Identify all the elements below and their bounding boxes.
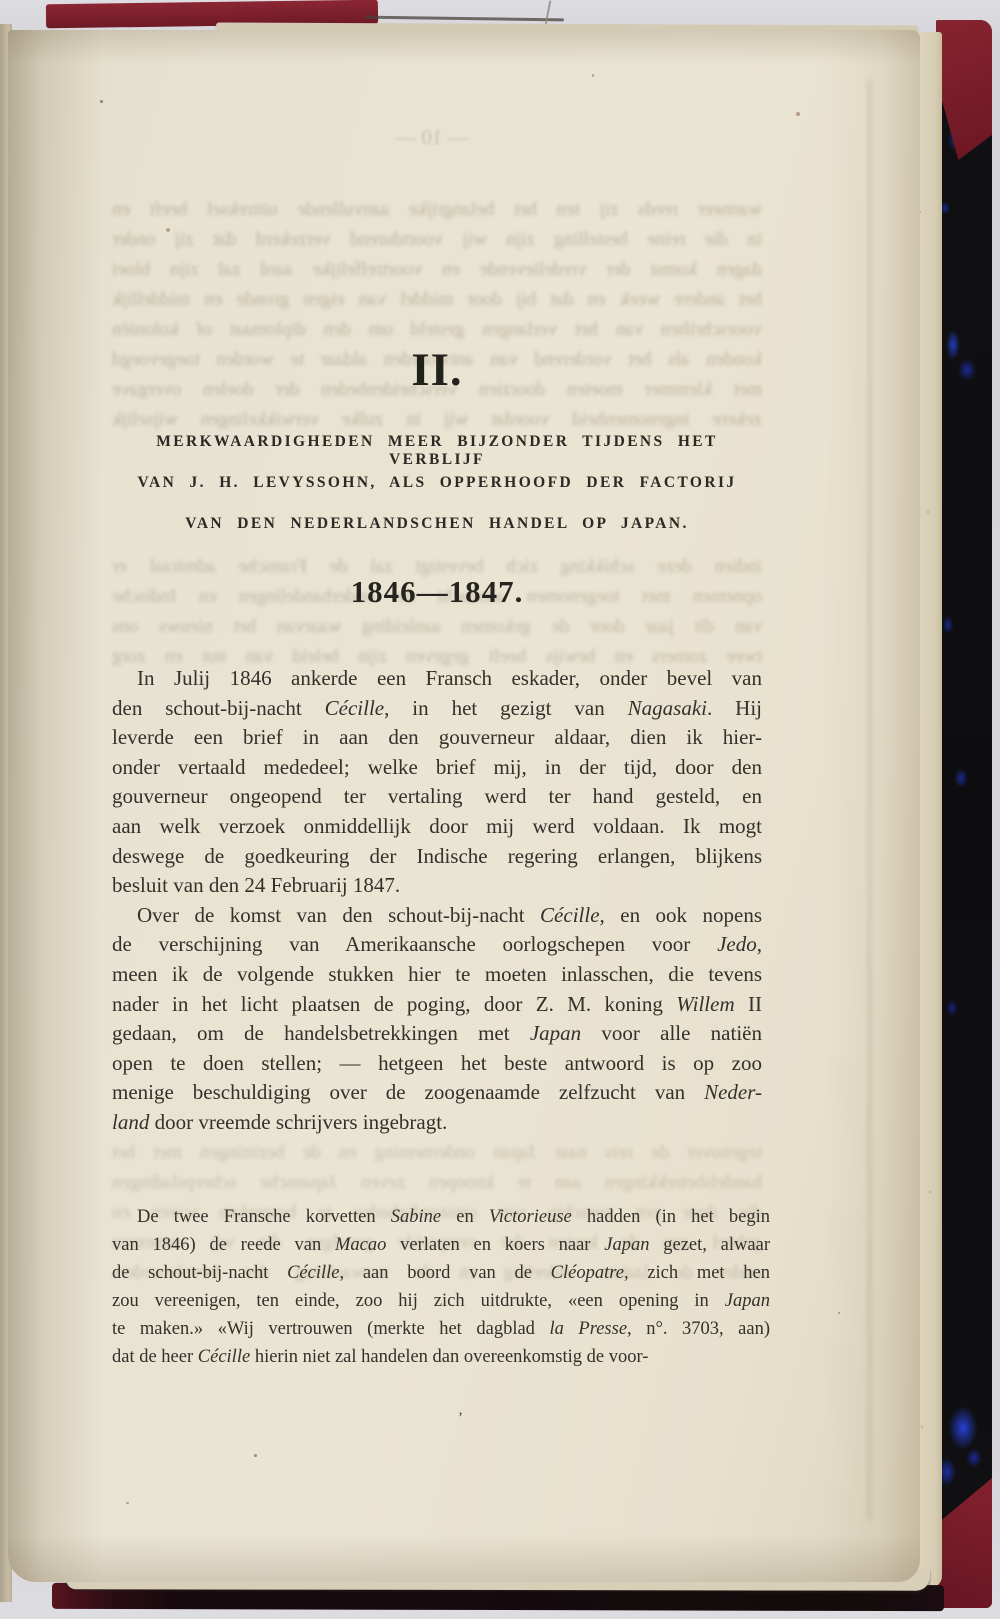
showthrough-line: het andere week en dat bij door middel v… bbox=[112, 285, 762, 315]
red-leather-corner-bottom bbox=[936, 1478, 992, 1608]
text-line: De twee Fransche korvetten Sabine en Vic… bbox=[112, 1203, 770, 1231]
text-line: deswege de goedkeuring der Indische rege… bbox=[112, 842, 762, 872]
text-line: de schout-bij-nacht Cécille, aan boord v… bbox=[112, 1259, 770, 1287]
showthrough-block: wanneer reeds zij ten het belangrijke aa… bbox=[112, 195, 762, 435]
showthrough-block: indien deze schikking zich bevestigt zal… bbox=[112, 552, 762, 672]
foxing-speck bbox=[126, 1502, 129, 1504]
showthrough-line: in die reine bestelling zijn wij voortdu… bbox=[112, 225, 762, 255]
showthrough-line: van dit jaar door de gekomen aanleiding … bbox=[112, 612, 762, 642]
marbled-cover-board bbox=[936, 20, 992, 1608]
text-line: gedaan, om de handelsbetrekkingen met Ja… bbox=[112, 1019, 762, 1049]
text-line: besluit van den 24 Februarij 1847. bbox=[112, 871, 762, 901]
chapter-heading-line: VAN DEN NEDERLANDSCHEN HANDEL OP JAPAN. bbox=[104, 515, 770, 533]
date-range-heading: 1846—1847. bbox=[112, 572, 762, 612]
page-crease bbox=[868, 80, 871, 1520]
text-line: dat de heer Cécille hierin niet zal hand… bbox=[112, 1343, 770, 1371]
binding-thread bbox=[366, 16, 564, 21]
text-line: land door vreemde schrijvers ingebragt. bbox=[112, 1108, 762, 1138]
text-line: onder vertaald mededeel; welke brief mij… bbox=[112, 753, 762, 783]
body-text: In Julij 1846 ankerde een Fransch eskade… bbox=[112, 664, 762, 1371]
text-line: nader in het licht plaatsen de poging, d… bbox=[112, 990, 762, 1020]
text-line: aan welk verzoek onmiddellijk door mij w… bbox=[112, 812, 762, 842]
text-line: In Julij 1846 ankerde een Fransch eskade… bbox=[112, 664, 762, 694]
text-line: te maken.» «Wij vertrouwen (merkte het d… bbox=[112, 1315, 770, 1343]
text-line: leverde een brief in aan den gouverneur … bbox=[112, 723, 762, 753]
showthrough-line: wanneer reeds zij ten het belangrijke aa… bbox=[112, 195, 762, 225]
showthrough-line: voorschriften van het verlangen gesteld … bbox=[112, 315, 762, 345]
foxing-speck bbox=[100, 100, 103, 103]
foxing-speck bbox=[796, 112, 800, 116]
chapter-heading-line: MERKWAARDIGHEDEN MEER BIJZONDER TIJDENS … bbox=[104, 433, 770, 451]
chapter-number: II. bbox=[112, 344, 762, 396]
red-leather-corner-top bbox=[936, 20, 992, 160]
book-photograph: — 10 — wanneer reeds zij ten het belangr… bbox=[0, 0, 1000, 1619]
foxing-speck bbox=[592, 74, 594, 77]
showthrough-line: zekere ingenomenheid voordat wij in zulk… bbox=[112, 405, 762, 435]
stray-ink-mark: ’ bbox=[458, 1410, 463, 1427]
book-page: — 10 — wanneer reeds zij ten het belangr… bbox=[8, 30, 920, 1582]
text-line: de verschijning van Amerikaansche oorlog… bbox=[112, 930, 762, 960]
text-line: Over de komst van den schout-bij-nacht C… bbox=[112, 901, 762, 931]
text-line: open te doen stellen; — hetgeen het best… bbox=[112, 1049, 762, 1079]
text-line: den schout-bij-nacht Cécille, in het gez… bbox=[112, 694, 762, 724]
showthrough-page-number: — 10 — bbox=[112, 125, 752, 150]
foxing-speck bbox=[254, 1454, 257, 1457]
text-line: zou vereenigen, ten einde, zoo hij zich … bbox=[112, 1287, 770, 1315]
text-line: gouverneur ongeopend ter vertaling werd … bbox=[112, 782, 762, 812]
chapter-heading-line: VAN J. H. LEVYSSOHN, ALS OPPERHOOFD DER … bbox=[104, 474, 770, 492]
text-line: meen ik de volgende stukken hier te moet… bbox=[112, 960, 762, 990]
showthrough-line: dagen komst der vredelievende en voortre… bbox=[112, 255, 762, 285]
paragraph-3: De twee Fransche korvetten Sabine en Vic… bbox=[112, 1203, 770, 1371]
paragraph-2: Over de komst van den schout-bij-nacht C… bbox=[112, 901, 762, 1138]
foxing-speck bbox=[838, 1312, 840, 1314]
chapter-heading: MERKWAARDIGHEDEN MEER BIJZONDER TIJDENS … bbox=[104, 433, 770, 556]
text-line: van 1846) de reede van Macao verlaten en… bbox=[112, 1231, 770, 1259]
paragraph-1: In Julij 1846 ankerde een Fransch eskade… bbox=[112, 664, 762, 901]
text-line: menige beschuldiging over de zoogenaamde… bbox=[112, 1078, 762, 1108]
